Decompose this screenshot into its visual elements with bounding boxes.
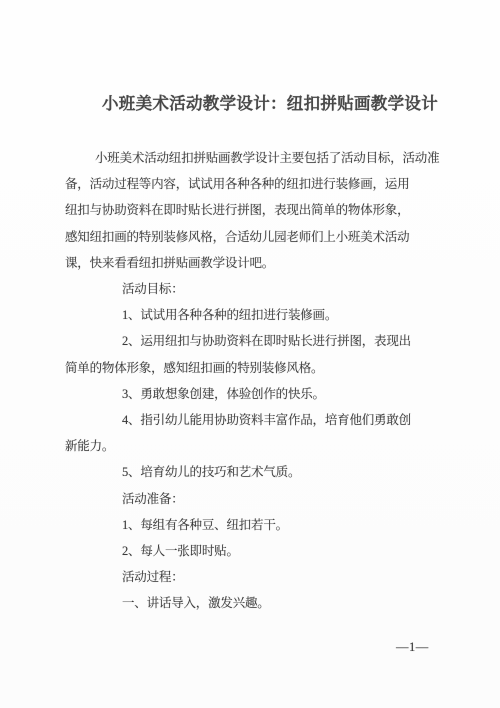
document-page: 小班美术活动教学设计：纽扣拼贴画教学设计 小班美术活动纽扣拼贴画教学设计主要包括… [0, 0, 500, 708]
section-heading-preparation: 活动准备： [65, 486, 460, 512]
section-heading-goals: 活动目标： [65, 276, 460, 302]
process-item: 一、讲话导入，激发兴趣。 [65, 590, 460, 616]
intro-line: 备，活动过程等内容，试试用各种各种的纽扣进行装修画，运用 [65, 171, 460, 197]
goal-item: 2、运用纽扣与协助资料在即时贴长进行拼图，表现出 [65, 328, 460, 354]
document-body: 小班美术活动纽扣拼贴画教学设计主要包括了活动目标，活动准 备，活动过程等内容，试… [65, 145, 460, 617]
page-title: 小班美术活动教学设计：纽扣拼贴画教学设计 [20, 0, 500, 114]
intro-line: 纽扣与协助资料在即时贴长进行拼图，表现出简单的物体形象， [65, 197, 460, 223]
section-heading-process: 活动过程： [65, 564, 460, 590]
goal-item-continuation: 新能力。 [65, 433, 460, 459]
intro-line: 感知纽扣画的特别装修风格，合适幼儿园老师们上小班美术活动 [65, 224, 460, 250]
goal-item: 1、试试用各种各种的纽扣进行装修画。 [65, 302, 460, 328]
page-number: —1— [396, 640, 429, 655]
preparation-item: 1、每组有各种豆、纽扣若干。 [65, 512, 460, 538]
goal-item: 4、指引幼儿能用协助资料丰富作品，培育他们勇敢创 [65, 407, 460, 433]
intro-line: 小班美术活动纽扣拼贴画教学设计主要包括了活动目标，活动准 [65, 145, 460, 171]
goal-item-continuation: 简单的物体形象，感知纽扣画的特别装修风格。 [65, 355, 460, 381]
preparation-item: 2、每人一张即时贴。 [65, 538, 460, 564]
goal-item: 3、勇敢想象创建，体验创作的快乐。 [65, 381, 460, 407]
goal-item: 5、培育幼儿的技巧和艺术气质。 [65, 459, 460, 485]
intro-line: 课，快来看看纽扣拼贴画教学设计吧。 [65, 250, 460, 276]
